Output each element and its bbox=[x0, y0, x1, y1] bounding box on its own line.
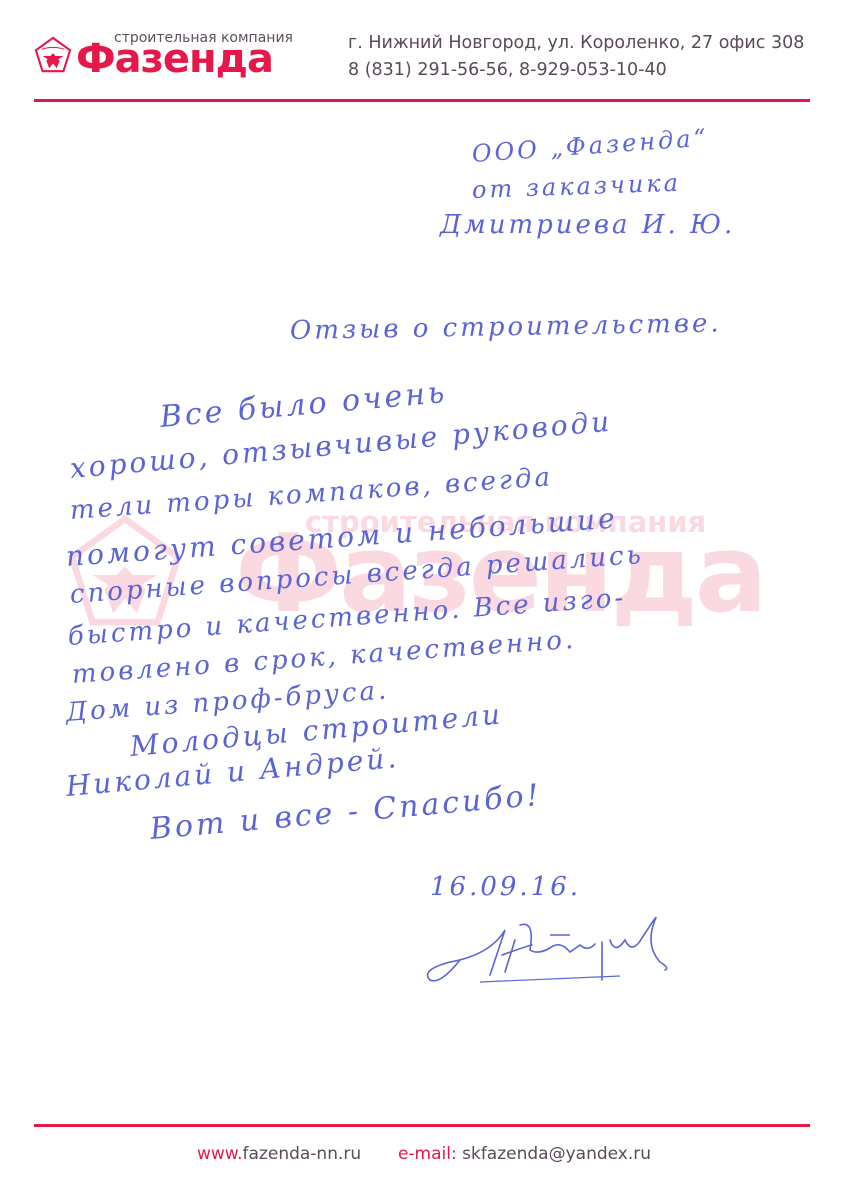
company-phones: 8 (831) 291-56-56, 8-929-053-10-40 bbox=[348, 57, 804, 84]
website-link[interactable]: www.fazenda-nn.ru bbox=[197, 1144, 361, 1164]
company-address: г. Нижний Новгород, ул. Короленко, 27 оф… bbox=[348, 30, 804, 57]
pentagon-star-emblem-icon bbox=[34, 36, 72, 74]
addressee-line: Дмитриева И. Ю. bbox=[440, 210, 735, 240]
email-link[interactable]: skfazenda@yandex.ru bbox=[462, 1144, 651, 1164]
footer-contacts: www.fazenda-nn.ru e-mail: skfazenda@yand… bbox=[0, 1144, 848, 1164]
company-contacts: г. Нижний Новгород, ул. Короленко, 27 оф… bbox=[348, 30, 804, 84]
website-domain: fazenda-nn.ru bbox=[243, 1144, 362, 1164]
footer-divider bbox=[34, 1124, 810, 1127]
addressee-line: ООО „Фазенда“ bbox=[471, 123, 710, 167]
logo-name: Фазенда bbox=[76, 37, 273, 81]
letter-title: Отзыв о строительстве. bbox=[290, 308, 722, 346]
website-prefix: www. bbox=[197, 1144, 243, 1164]
addressee-line: от заказчика bbox=[472, 169, 682, 204]
company-logo: строительная компания Фазенда bbox=[34, 30, 294, 85]
signature-icon bbox=[420, 900, 680, 1000]
letterhead: строительная компания Фазенда г. Нижний … bbox=[0, 0, 848, 102]
letter-date: 16.09.16. bbox=[430, 872, 581, 902]
email-label: e-mail: bbox=[398, 1144, 457, 1164]
header-divider bbox=[34, 99, 810, 102]
